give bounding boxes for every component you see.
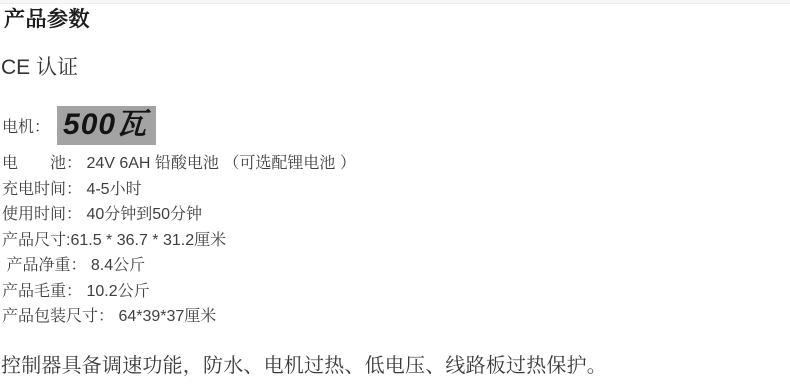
certification-label: CE 认证 [1, 56, 790, 80]
motor-spec-row: 电机： 500瓦 [2, 106, 790, 145]
motor-value-highlight: 500瓦 [57, 106, 156, 145]
spec-row-charge-time: 充电时间： 4-5小时 [2, 177, 790, 203]
footer-note: 控制器具备调速功能，防水、电机过热、低电压、线路板过热保护。 [1, 353, 790, 379]
spec-row-package-size: 产品包装尺寸： 64*39*37厘米 [2, 304, 790, 330]
top-divider [0, 0, 790, 4]
spec-row-usage-time: 使用时间： 40分钟到50分钟 [2, 202, 790, 228]
spec-row-gross-weight: 产品毛重： 10.2公斤 [2, 279, 790, 305]
spec-row-product-size: 产品尺寸:61.5 * 36.7 * 31.2厘米 [2, 228, 790, 254]
motor-label: 电机： [2, 114, 50, 137]
spec-list: 电 池： 24V 6AH 铅酸电池 （可选配锂电池 ） 充电时间： 4-5小时 … [2, 151, 790, 330]
spec-row-battery: 电 池： 24V 6AH 铅酸电池 （可选配锂电池 ） [2, 151, 790, 177]
page-title: 产品参数 [4, 7, 790, 33]
spec-row-net-weight: 产品净重： 8.4公斤 [2, 253, 790, 279]
